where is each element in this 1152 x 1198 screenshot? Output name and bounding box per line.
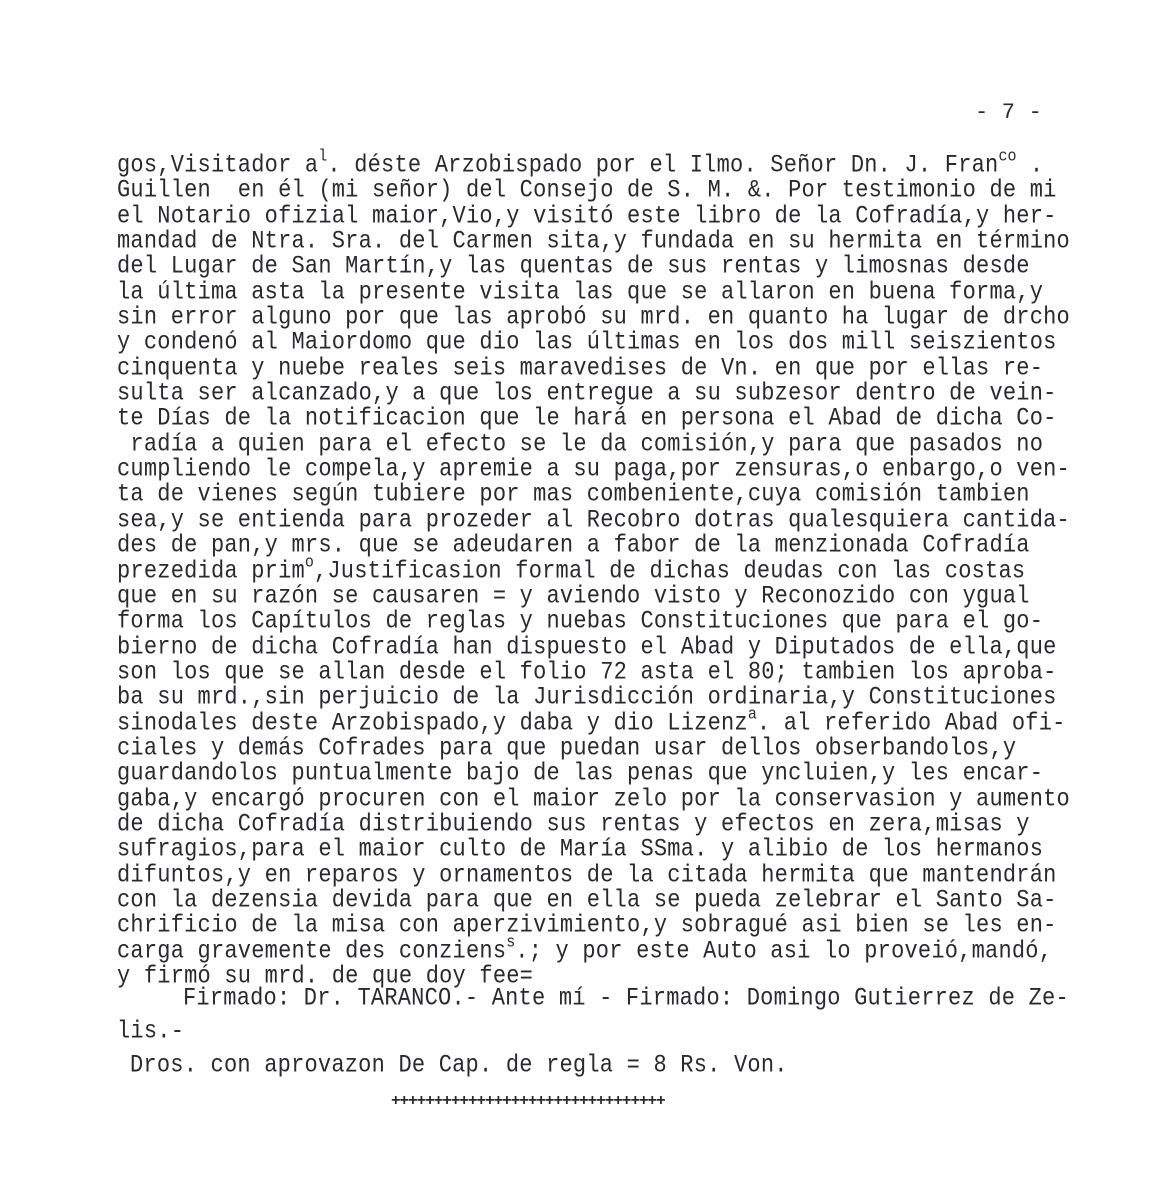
- text-segment: ,Justificasion formal de dichas deudas c…: [314, 557, 1025, 585]
- text-segment: carga gravemente des conziens: [117, 937, 506, 965]
- signature-block: Firmado: Dr. TARANCO.- Ante mí - Firmado…: [117, 986, 1069, 1045]
- text-segment: . al referido Abad ofi-: [757, 709, 1066, 737]
- text-line: prezedida primo,Justificasion formal de …: [117, 557, 1070, 585]
- text-line: bierno de dicha Cofradía han dispuesto e…: [117, 633, 1070, 661]
- text-segment: .: [1016, 151, 1043, 179]
- text-line: difuntos,y en reparos y ornamentos de la…: [117, 861, 1070, 889]
- text-line: chrificio de la misa con aperzivimiento,…: [117, 912, 1070, 940]
- superscript-abbreviation: o: [305, 552, 314, 571]
- text-line: forma los Capítulos de reglas y nuebas C…: [117, 608, 1070, 636]
- text-line: sinodales deste Arzobispado,y daba y dio…: [117, 709, 1070, 737]
- text-line: la última asta la presente visita las qu…: [117, 278, 1070, 306]
- text-line: des de pan,y mrs. que se adeudaren a fab…: [117, 532, 1070, 560]
- text-line: gaba,y encargó procuren con el maior zel…: [117, 785, 1070, 813]
- page-number: - 7 -: [975, 100, 1042, 125]
- text-line: son los que se allan desde el folio 72 a…: [117, 658, 1070, 686]
- text-line: cinquenta y nuebe reales seis maravedise…: [117, 354, 1070, 382]
- text-line: ta de vienes según tubiere por mas combe…: [117, 481, 1070, 509]
- document-page: - 7 - gos,Visitador al. déste Arzobispad…: [0, 0, 1152, 1198]
- text-line: y condenó al Maiordomo que dio las últim…: [117, 329, 1070, 357]
- text-segment: sinodales deste Arzobispado,y daba y dio…: [117, 709, 748, 737]
- fees-note: Dros. con aprovazon De Cap. de regla = 8…: [130, 1052, 788, 1080]
- text-segment: .; y por este Auto asi lo proveió,mandó,: [515, 937, 1052, 965]
- text-line: Guillen en él (mi señor) del Consejo de …: [117, 177, 1070, 205]
- text-line: te Días de la notificacion que le hará e…: [117, 405, 1070, 433]
- text-line: que en su razón se causaren = y aviendo …: [117, 582, 1070, 610]
- superscript-abbreviation: s: [506, 933, 515, 952]
- text-segment: . déste Arzobispado por el Ilmo. Señor D…: [327, 151, 998, 179]
- document-body: gos,Visitador al. déste Arzobispado por …: [117, 153, 1070, 989]
- superscript-abbreviation: co: [998, 147, 1016, 166]
- text-segment: gos,Visitador a: [117, 151, 318, 179]
- text-line: el Notario ofizial maior,Vio,y visitó es…: [117, 202, 1070, 230]
- superscript-abbreviation: a: [748, 705, 757, 724]
- text-line: del Lugar de San Martín,y las quentas de…: [117, 253, 1070, 281]
- superscript-abbreviation: l: [318, 147, 327, 166]
- text-line: carga gravemente des conzienss.; y por e…: [117, 937, 1070, 965]
- text-line: radía a quien para el efecto se le da co…: [117, 430, 1070, 458]
- text-line: ba su mrd.,sin perjuicio de la Jurisdicc…: [117, 684, 1070, 712]
- text-line: sea,y se entienda para prozeder al Recob…: [117, 506, 1070, 534]
- text-line: guardandolos puntualmente bajo de las pe…: [117, 760, 1070, 788]
- signature-continuation: lis.-: [117, 1018, 1069, 1046]
- plus-divider: ++++++++++++++++++++++++++++++++: [391, 1092, 665, 1110]
- text-segment: prezedida prim: [117, 557, 305, 585]
- text-line: sufragios,para el maior culto de María S…: [117, 836, 1070, 864]
- signature-line: Firmado: Dr. TARANCO.- Ante mí - Firmado…: [117, 984, 1069, 1012]
